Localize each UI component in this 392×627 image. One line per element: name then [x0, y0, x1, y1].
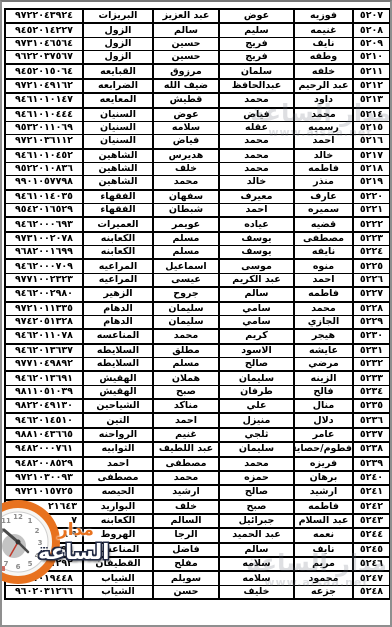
cell-record-id: ٥٢٣٤ [353, 385, 390, 399]
cell-father-name: سلامه [219, 571, 294, 585]
cell-first-name: عارف [294, 190, 353, 204]
cell-family-name: الضرابعه [83, 79, 153, 93]
cell-grandfather-name: عوض [153, 108, 219, 122]
cell-grandfather-name: هديرس [153, 149, 219, 163]
cell-father-name: منيزل [219, 413, 294, 427]
cell-grandfather-name: قطيش [153, 93, 219, 107]
cell-first-name: مريم [294, 557, 353, 571]
cell-first-name: احمد [294, 273, 353, 287]
cell-grandfather-name: جروح [153, 287, 219, 301]
cell-family-name: المناعسه [83, 543, 153, 557]
cell-first-name: نايف [294, 37, 353, 50]
table-row: ٥٢٢٢قضيهعيادهعويمرالعميرات٩٤٦٢٠٠٠٦٩٣ [5, 217, 390, 231]
cell-father-name: يوسف [219, 246, 294, 260]
cell-record-id: ٥٢١٣ [353, 93, 390, 107]
cell-grandfather-name: حسين [153, 37, 219, 50]
table-row: ٥٢٤٣عبد السلامجبرائيلالسالمالكعابنه٧ [5, 514, 390, 528]
cell-family-name: المراعيه [83, 259, 153, 273]
cell-first-name: رسميه [294, 121, 353, 134]
cell-grandfather-name: سالم [153, 23, 219, 37]
cell-grandfather-name: مرزوق [153, 64, 219, 78]
table-row: ٥٢١٧خالدمحمدهديرسالشاهين٩٤٦١٠١٠٤٥٢ [5, 149, 390, 163]
cell-phone-number: ٩٤٦٢٠١٣٦٩١ [5, 371, 83, 385]
cell-record-id: ٥٢٢٠ [353, 190, 390, 204]
cell-father-name: عوض [219, 9, 294, 23]
cell-grandfather-name: ضيف الله [153, 79, 219, 93]
cell-grandfather-name: حسين [153, 51, 219, 65]
cell-first-name: جزعه [294, 585, 353, 599]
cell-record-id: ٥٢٢١ [353, 204, 390, 218]
records-body: ٥٢٠٧فوزيهعوضعبد العزيزالبريزات٩٧٢٢٠٤٣٩٢٤… [5, 9, 390, 599]
records-table: ٥٢٠٧فوزيهعوضعبد العزيزالبريزات٩٧٢٢٠٤٣٩٢٤… [4, 8, 391, 600]
cell-grandfather-name: مفلح [153, 557, 219, 571]
cell-phone-number: ٩٧٢١٠١٥٧٢٥ [5, 485, 83, 499]
cell-family-name: الدهام [83, 302, 153, 316]
table-row: ٥٢١١خلفهسلمانمرزوقالقبايعه٩٤٥٢٠١٥٠٦٤ [5, 64, 390, 78]
cell-father-name: محمد [219, 93, 294, 107]
cell-phone-number: ٩٨٨١٠٤٣٦٦٥ [5, 428, 83, 442]
cell-grandfather-name: سليمان [153, 315, 219, 329]
cell-first-name: فريزه [294, 457, 353, 471]
cell-father-name: معيرف [219, 190, 294, 204]
cell-father-name: سليم [219, 23, 294, 37]
table-row: ٥٢٤٠برهانحمزهمحمدمصطفى٩٧٢١٠٣٠٠٩٣ [5, 471, 390, 485]
cell-grandfather-name: خلف [153, 500, 219, 514]
cell-phone-number: ٩٥٢٢٠١١٢٩٢ [5, 557, 83, 571]
table-row: ٥٢١٩منذرخالدمحمدالشاهين٩٩٠١٠٥٧٧٩٨ [5, 176, 390, 190]
cell-grandfather-name: سويلم [153, 571, 219, 585]
table-row: ٥٢٣٠هيجركريممحمدالمناعسه٩٤٦٢٠١١٠٧٨ [5, 329, 390, 343]
cell-record-id: ٥٢١٤ [353, 108, 390, 122]
table-row: ٥٢١٠وطفهفريجحسينالزول٩٦٢٢٠٣٧٥٦٧ [5, 51, 390, 65]
cell-phone-number: ٩٩٠١٠٥٧٧٩٨ [5, 176, 83, 190]
cell-first-name: منوه [294, 259, 353, 273]
cell-family-name: الزول [83, 23, 153, 37]
cell-father-name: علي [219, 399, 294, 413]
cell-first-name: وطفه [294, 51, 353, 65]
cell-father-name: سلمان [219, 64, 294, 78]
cell-first-name: محمد [294, 302, 353, 316]
cell-phone-number: ٩٤٦٢٠٠٢٩٨٠ [5, 287, 83, 301]
cell-phone-number: ٩٤٦١٠١٠٤٥٢ [5, 149, 83, 163]
cell-family-name: الشاهين [83, 162, 153, 175]
cell-first-name: نايف [294, 543, 353, 557]
cell-phone-number: ٩٤٦٢٠١٣٦٣٧ [5, 344, 83, 358]
cell-record-id: ٥٢٠٨ [353, 23, 390, 37]
cell-phone-number: ٩٤٦٢٠٠٠٦٩٣ [5, 217, 83, 231]
table-row: ٥٢٤٥نايفسالمفاضلالمناعسه٩٥٣١٠١٢١٩٦ [5, 543, 390, 557]
cell-father-name: سامي [219, 315, 294, 329]
cell-father-name: سليمان [219, 371, 294, 385]
cell-grandfather-name: حسن [153, 585, 219, 599]
table-row: ٥٢٤٨جزعهخليفحسنالشياب٩٦٠٢٠٣١٢٦٦ [5, 585, 390, 599]
cell-phone-number: ٩٤٦١٠١٠٤٤٤ [5, 108, 83, 122]
cell-family-name: الشاهين [83, 176, 153, 190]
cell-phone-number: ٩٤٨٢٠٠٨٥٢٩ [5, 457, 83, 471]
cell-family-name: الفقهاء [83, 204, 153, 218]
cell-first-name: منذر [294, 176, 353, 190]
cell-first-name: خلفه [294, 64, 353, 78]
cell-father-name: احمد [219, 204, 294, 218]
cell-first-name: مرضي [294, 357, 353, 371]
table-row: ٥٢١٤محمدفياضعوضالسنيان٩٤٦١٠١٠٤٤٤ [5, 108, 390, 122]
table-row: ٥٢٣٩فريزهمحمدمصطفىاحمد٩٤٨٢٠٠٨٥٢٩ [5, 457, 390, 471]
cell-first-name: عايشه [294, 344, 353, 358]
cell-phone-number: ٩٨١١٠٥١٠٣٩ [5, 385, 83, 399]
cell-family-name: القطيفان [83, 557, 153, 571]
cell-first-name: برهان [294, 471, 353, 485]
cell-family-name: القبايعه [83, 64, 153, 78]
table-row: ٥٢٣٨فطوم/حصايفسليمانعبد اللطيفالثوابيه٩٤… [5, 442, 390, 456]
cell-record-id: ٥٢٣٦ [353, 413, 390, 427]
cell-family-name: الزول [83, 37, 153, 50]
cell-record-id: ٥٢٤٨ [353, 585, 390, 599]
cell-phone-number: ٩٤٥٢٠١٤٢٢٧ [5, 23, 83, 37]
cell-record-id: ٥٢١٩ [353, 176, 390, 190]
cell-first-name: ارشيد [294, 485, 353, 499]
cell-father-name: خليف [219, 585, 294, 599]
cell-father-name: محمد [219, 135, 294, 149]
cell-record-id: ٥٢٤٣ [353, 514, 390, 528]
table-row: ٥٢٢٨محمدساميسليمانالدهام٩٧٢١٠١١٣٣٥ [5, 302, 390, 316]
cell-record-id: ٥٢٢٤ [353, 246, 390, 260]
cell-family-name: الزهير [83, 287, 153, 301]
cell-phone-number: ٩٦٨٢٠٠١٦٩٩ [5, 246, 83, 260]
cell-record-id: ٥٢١٨ [353, 162, 390, 175]
table-row: ٥٢٣٤فالحطرفانصبحالهقيش٩٨١١٠٥١٠٣٩ [5, 385, 390, 399]
cell-first-name: دلال [294, 413, 353, 427]
cell-grandfather-name: غنيم [153, 428, 219, 442]
cell-first-name: خالد [294, 149, 353, 163]
cell-phone-number: ٩٧٢١٠٣٦١١٢ [5, 135, 83, 149]
cell-father-name: موسى [219, 259, 294, 273]
cell-family-name: السنيان [83, 135, 153, 149]
cell-record-id: ٥٢٤١ [353, 485, 390, 499]
cell-grandfather-name: سليمان [153, 302, 219, 316]
cell-phone-number: ٩٧٣١٠٠٢٠٧٨ [5, 232, 83, 246]
cell-record-id: ٥٢١١ [353, 64, 390, 78]
cell-record-id: ٥٢٣٧ [353, 428, 390, 442]
cell-father-name: صالح [219, 357, 294, 371]
cell-grandfather-name: سفهان [153, 190, 219, 204]
cell-family-name: التين [83, 413, 153, 427]
cell-record-id: ٥٢٤٠ [353, 471, 390, 485]
cell-father-name: فريج [219, 51, 294, 65]
cell-grandfather-name: مناكد [153, 399, 219, 413]
cell-father-name: يوسف [219, 232, 294, 246]
cell-grandfather-name: احمد [153, 413, 219, 427]
cell-father-name: ثلجي [219, 428, 294, 442]
table-row: ٥٢١٢عبد الرحيمعبدالحافظضيف اللهالضرابعه٩… [5, 79, 390, 93]
cell-first-name: داود [294, 93, 353, 107]
cell-phone-number: ٩ ٨ [5, 528, 83, 542]
cell-first-name: عبد الرحيم [294, 79, 353, 93]
cell-family-name: الكعابنه [83, 514, 153, 528]
cell-family-name: المعايعه [83, 93, 153, 107]
cell-record-id: ٥٢٢٢ [353, 217, 390, 231]
cell-grandfather-name: عبد العزيز [153, 9, 219, 23]
cell-phone-number: ٩٤٦١٠١٠١٤٧ [5, 93, 83, 107]
cell-record-id: ٥٢٣٩ [353, 457, 390, 471]
cell-father-name: طرفان [219, 385, 294, 399]
cell-record-id: ٥٢٢٣ [353, 232, 390, 246]
cell-grandfather-name: عبد اللطيف [153, 442, 219, 456]
cell-grandfather-name: فياض [153, 135, 219, 149]
cell-first-name: غنيمه [294, 23, 353, 37]
cell-grandfather-name: محمد [153, 471, 219, 485]
cell-first-name: احمد [294, 135, 353, 149]
cell-grandfather-name: شبطان [153, 204, 219, 218]
cell-phone-number: ٩٤٦٢٠١٤٥١٠ [5, 413, 83, 427]
cell-first-name: سميره [294, 204, 353, 218]
cell-grandfather-name: صبح [153, 385, 219, 399]
cell-family-name: الزول [83, 51, 153, 65]
cell-father-name: حمزه [219, 471, 294, 485]
cell-family-name: السلايطه [83, 357, 153, 371]
cell-record-id: ٥٢٢٧ [353, 287, 390, 301]
cell-first-name: فطوم/حصايف [294, 442, 353, 456]
cell-father-name: جبرائيل [219, 514, 294, 528]
cell-phone-number: ٩٧٧١٠٤٩٨٩٢ [5, 357, 83, 371]
cell-grandfather-name: الرجا [153, 528, 219, 542]
cell-phone-number: ٩٤٦٢٠٠٠٧٠٩ [5, 259, 83, 273]
cell-family-name: المراعيه [83, 273, 153, 287]
cell-family-name: المناعسه [83, 329, 153, 343]
cell-record-id: ٥٢١٧ [353, 149, 390, 163]
cell-phone-number: ٩٧٤٢٠٥١٣٢٨ [5, 315, 83, 329]
table-row: ٥٢٣٣الزينهسليمانهملانالهقيش٩٤٦٢٠١٣٦٩١ [5, 371, 390, 385]
cell-family-name: الفقهاء [83, 190, 153, 204]
cell-record-id: ٥٢٢٨ [353, 302, 390, 316]
cell-record-id: ٥٢١٦ [353, 135, 390, 149]
cell-grandfather-name: محمد [153, 176, 219, 190]
cell-family-name: الكعابنه [83, 232, 153, 246]
table-row: ٥٢٣٥منالعليمناكدالشياحين٩٨٢٢٠٤٩١٣٠ [5, 399, 390, 413]
table-row: ٥٢٠٩نايففريجحسينالزول٩٧٣١٠٤٦٥٦٤ [5, 37, 390, 50]
cell-father-name: فياض [219, 108, 294, 122]
cell-phone-number: ٩٧٢٢٠٤٣٩٢٤ [5, 9, 83, 23]
cell-grandfather-name: السالم [153, 514, 219, 528]
cell-first-name: عامر [294, 428, 353, 442]
cell-phone-number: ٩٦٢٢٠٣٧٥٦٧ [5, 51, 83, 65]
table-row: ٥٢٠٧فوزيهعوضعبد العزيزالبريزات٩٧٢٢٠٤٣٩٢٤ [5, 9, 390, 23]
table-row: ٥٢٤١ارشيدصالحارشيدالحيصه٩٧٢١٠١٥٧٢٥ [5, 485, 390, 499]
cell-phone-number: ٩٥٣١٠١٢١٩٦ [5, 543, 83, 557]
cell-record-id: ٥٢٣٨ [353, 442, 390, 456]
cell-family-name: الشياب [83, 585, 153, 599]
cell-first-name: الجازي [294, 315, 353, 329]
cell-father-name: عبدالحافظ [219, 79, 294, 93]
cell-phone-number: ٩٤٨٢٠٠٠٧٦١ [5, 442, 83, 456]
cell-record-id: ٥٢٤٤ [353, 528, 390, 542]
table-row: ٥٢٣٢مرضيصالحمسلمالسلايطه٩٧٧١٠٤٩٨٩٢ [5, 357, 390, 371]
cell-phone-number: ٩٧٢١٠١١٣٣٥ [5, 302, 83, 316]
cell-record-id: ٥٢٤٦ [353, 557, 390, 571]
cell-first-name: منال [294, 399, 353, 413]
cell-phone-number: ٩٦٠٢٠٣١٢٦٦ [5, 585, 83, 599]
cell-father-name: عبد الكريم [219, 273, 294, 287]
cell-family-name: السلايطه [83, 344, 153, 358]
cell-grandfather-name: مطلق [153, 344, 219, 358]
cell-phone-number: ٩٤٥٢٠١٥٠٦٤ [5, 64, 83, 78]
table-row: ٥٢٤٤نعمهعبد الحميدالرجاالهروط٩ ٨ [5, 528, 390, 542]
cell-phone-number: ٩٧٢١٠٣٠٠٩٣ [5, 471, 83, 485]
cell-record-id: ٥٢٤٧ [353, 571, 390, 585]
cell-father-name: صالح [219, 485, 294, 499]
cell-record-id: ٥٢٣١ [353, 344, 390, 358]
cell-first-name: فوزيه [294, 9, 353, 23]
cell-father-name: صبح [219, 500, 294, 514]
cell-father-name: محمد [219, 457, 294, 471]
table-row: ٥٢١٨فاطمهمحمدخلفالشاهين٩٥٢٢٠١٠٨٣٦ [5, 162, 390, 175]
cell-record-id: ٥٢٣٣ [353, 371, 390, 385]
cell-first-name: فاطمه [294, 500, 353, 514]
table-row: ٥٢٣٧عامرثلجيغنيمالرواحنه٩٨٨١٠٤٣٦٦٥ [5, 428, 390, 442]
cell-record-id: ٥٢٣٢ [353, 357, 390, 371]
table-row: ٥٢٢٤نايفهيوسفمسلمالكعابنه٩٦٨٢٠٠١٦٩٩ [5, 246, 390, 260]
cell-record-id: ٥٢٠٩ [353, 37, 390, 50]
cell-grandfather-name: مسلم [153, 232, 219, 246]
cell-grandfather-name: مسلم [153, 246, 219, 260]
cell-grandfather-name: محمد [153, 329, 219, 343]
cell-record-id: ٥٢٢٩ [353, 315, 390, 329]
cell-family-name: الكعابنه [83, 246, 153, 260]
table-row: ٥٢٣١عايشهالاسودمطلقالسلايطه٩٤٦٢٠١٣٦٣٧ [5, 344, 390, 358]
cell-family-name: الهقيش [83, 371, 153, 385]
cell-phone-number: ٩٥٣٢٠١١٠٦٩ [5, 121, 83, 134]
table-row: ٥٢٤٢فاطمهصبحخلفالبواريد٢١٦٤٣ [5, 500, 390, 514]
cell-first-name: عبد السلام [294, 514, 353, 528]
cell-family-name: الدهام [83, 315, 153, 329]
cell-grandfather-name: سلامه [153, 121, 219, 134]
cell-father-name: سالم [219, 287, 294, 301]
cell-first-name: الزينه [294, 371, 353, 385]
cell-grandfather-name: عيسى [153, 273, 219, 287]
cell-family-name: السنيان [83, 121, 153, 134]
cell-father-name: سلامه [219, 557, 294, 571]
cell-phone-number: ٢١٦٤٣ [5, 500, 83, 514]
cell-phone-number: ٩٥٢٢٠١٠٨٣٦ [5, 162, 83, 175]
cell-father-name: كريم [219, 329, 294, 343]
cell-phone-number: ٩٧٢١٠٤٩١٦٢ [5, 79, 83, 93]
cell-phone-number: ٧ [5, 514, 83, 528]
table-row: ٥٢٤٦مريمسلامهمفلحالقطيفان٩٥٢٢٠١١٢٩٢ [5, 557, 390, 571]
cell-grandfather-name: هملان [153, 371, 219, 385]
table-row: ٥٢٣٦دلالمنيزلاحمدالتين٩٤٦٢٠١٤٥١٠ [5, 413, 390, 427]
cell-family-name: الحيصه [83, 485, 153, 499]
cell-family-name: الشياحين [83, 399, 153, 413]
table-row: ٥٢١٣داودمحمدقطيشالمعايعه٩٤٦١٠١٠١٤٧ [5, 93, 390, 107]
cell-record-id: ٥٢٢٦ [353, 273, 390, 287]
cell-family-name: العميرات [83, 217, 153, 231]
cell-phone-number: ٩٧٣١٠٤٦٥٦٤ [5, 37, 83, 50]
cell-father-name: سالم [219, 543, 294, 557]
cell-phone-number: ٩٧٧١٠٠٢٣٢٣ [5, 273, 83, 287]
cell-father-name: خالد [219, 176, 294, 190]
cell-first-name: قضيه [294, 217, 353, 231]
cell-phone-number: ٩٥٤١٠١٩٤٤٨ [5, 571, 83, 585]
cell-father-name: محمد [219, 149, 294, 163]
table-row: ٥٢٢٠عارفمعيرفسفهانالفقهاء٩٤٦١٠١٤٠٣٥ [5, 190, 390, 204]
cell-family-name: الهروط [83, 528, 153, 542]
table-row: ٥٢٢٦احمدعبد الكريمعيسىالمراعيه٩٧٧١٠٠٢٣٢٣ [5, 273, 390, 287]
cell-phone-number: ٩٨٢٢٠٤٩١٣٠ [5, 399, 83, 413]
cell-family-name: الشاهين [83, 149, 153, 163]
table-row: ٥٢٢١سميرهاحمدشبطانالفقهاء٩٥٤٢٠١٦٥٢٩ [5, 204, 390, 218]
table-row: ٥٢٢٧فاطمهسالمجروحالزهير٩٤٦٢٠٠٢٩٨٠ [5, 287, 390, 301]
svg-text:8: 8 [0, 552, 2, 560]
cell-record-id: ٥٢٣٠ [353, 329, 390, 343]
cell-first-name: نعمه [294, 528, 353, 542]
cell-grandfather-name: خلف [153, 162, 219, 175]
cell-first-name: محمود [294, 571, 353, 585]
cell-father-name: الاسود [219, 344, 294, 358]
cell-record-id: ٥٢١٥ [353, 121, 390, 134]
cell-phone-number: ٩٥٤٢٠١٦٥٢٩ [5, 204, 83, 218]
cell-father-name: عبد الحميد [219, 528, 294, 542]
cell-phone-number: ٩٤٦١٠١٤٠٣٥ [5, 190, 83, 204]
cell-first-name: مصطفى [294, 232, 353, 246]
cell-family-name: السنيان [83, 108, 153, 122]
cell-first-name: فاطمه [294, 287, 353, 301]
cell-father-name: عقله [219, 121, 294, 134]
table-row: ٥٢٤٧محمودسلامهسويلمالشياب٩٥٤١٠١٩٤٤٨ [5, 571, 390, 585]
cell-family-name: الهقيش [83, 385, 153, 399]
table-row: ٥٢٢٣مصطفىيوسفمسلمالكعابنه٩٧٣١٠٠٢٠٧٨ [5, 232, 390, 246]
cell-grandfather-name: فاضل [153, 543, 219, 557]
cell-record-id: ٥٢٤٥ [353, 543, 390, 557]
cell-first-name: نايفه [294, 246, 353, 260]
cell-grandfather-name: عويمر [153, 217, 219, 231]
cell-family-name: الرواحنه [83, 428, 153, 442]
table-row: ٥٢٠٨غنيمهسليمسالمالزول٩٤٥٢٠١٤٢٢٧ [5, 23, 390, 37]
cell-family-name: مصطفى [83, 471, 153, 485]
cell-family-name: البواريد [83, 500, 153, 514]
cell-grandfather-name: مصطفى [153, 457, 219, 471]
cell-father-name: سامي [219, 302, 294, 316]
cell-first-name: محمد [294, 108, 353, 122]
cell-record-id: ٥٢١٢ [353, 79, 390, 93]
table-row: ٥٢١٥رسميهعقلهسلامهالسنيان٩٥٣٢٠١١٠٦٩ [5, 121, 390, 134]
cell-father-name: فريج [219, 37, 294, 50]
cell-record-id: ٥٢٤٢ [353, 500, 390, 514]
table-row: ٥٢١٦احمدمحمدفياضالسنيان٩٧٢١٠٣٦١١٢ [5, 135, 390, 149]
cell-record-id: ٥٢٣٥ [353, 399, 390, 413]
cell-father-name: سليمان [219, 442, 294, 456]
cell-family-name: البريزات [83, 9, 153, 23]
cell-record-id: ٥٢٠٧ [353, 9, 390, 23]
cell-grandfather-name: اسماعيل [153, 259, 219, 273]
cell-record-id: ٥٢١٠ [353, 51, 390, 65]
cell-family-name: احمد [83, 457, 153, 471]
cell-father-name: محمد [219, 162, 294, 175]
cell-family-name: الشياب [83, 571, 153, 585]
cell-father-name: عياده [219, 217, 294, 231]
cell-first-name: فاطمه [294, 162, 353, 175]
cell-record-id: ٥٢٢٥ [353, 259, 390, 273]
scanned-page: ٥٢٠٧فوزيهعوضعبد العزيزالبريزات٩٧٢٢٠٤٣٩٢٤… [0, 0, 392, 627]
cell-grandfather-name: مسلم [153, 357, 219, 371]
cell-grandfather-name: ارشيد [153, 485, 219, 499]
cell-first-name: فالح [294, 385, 353, 399]
cell-first-name: هيجر [294, 329, 353, 343]
cell-phone-number: ٩٤٦٢٠١١٠٧٨ [5, 329, 83, 343]
table-row: ٥٢٢٥منوهموسىاسماعيلالمراعيه٩٤٦٢٠٠٠٧٠٩ [5, 259, 390, 273]
cell-family-name: الثوابيه [83, 442, 153, 456]
table-row: ٥٢٢٩الجازيساميسليمانالدهام٩٧٤٢٠٥١٣٢٨ [5, 315, 390, 329]
